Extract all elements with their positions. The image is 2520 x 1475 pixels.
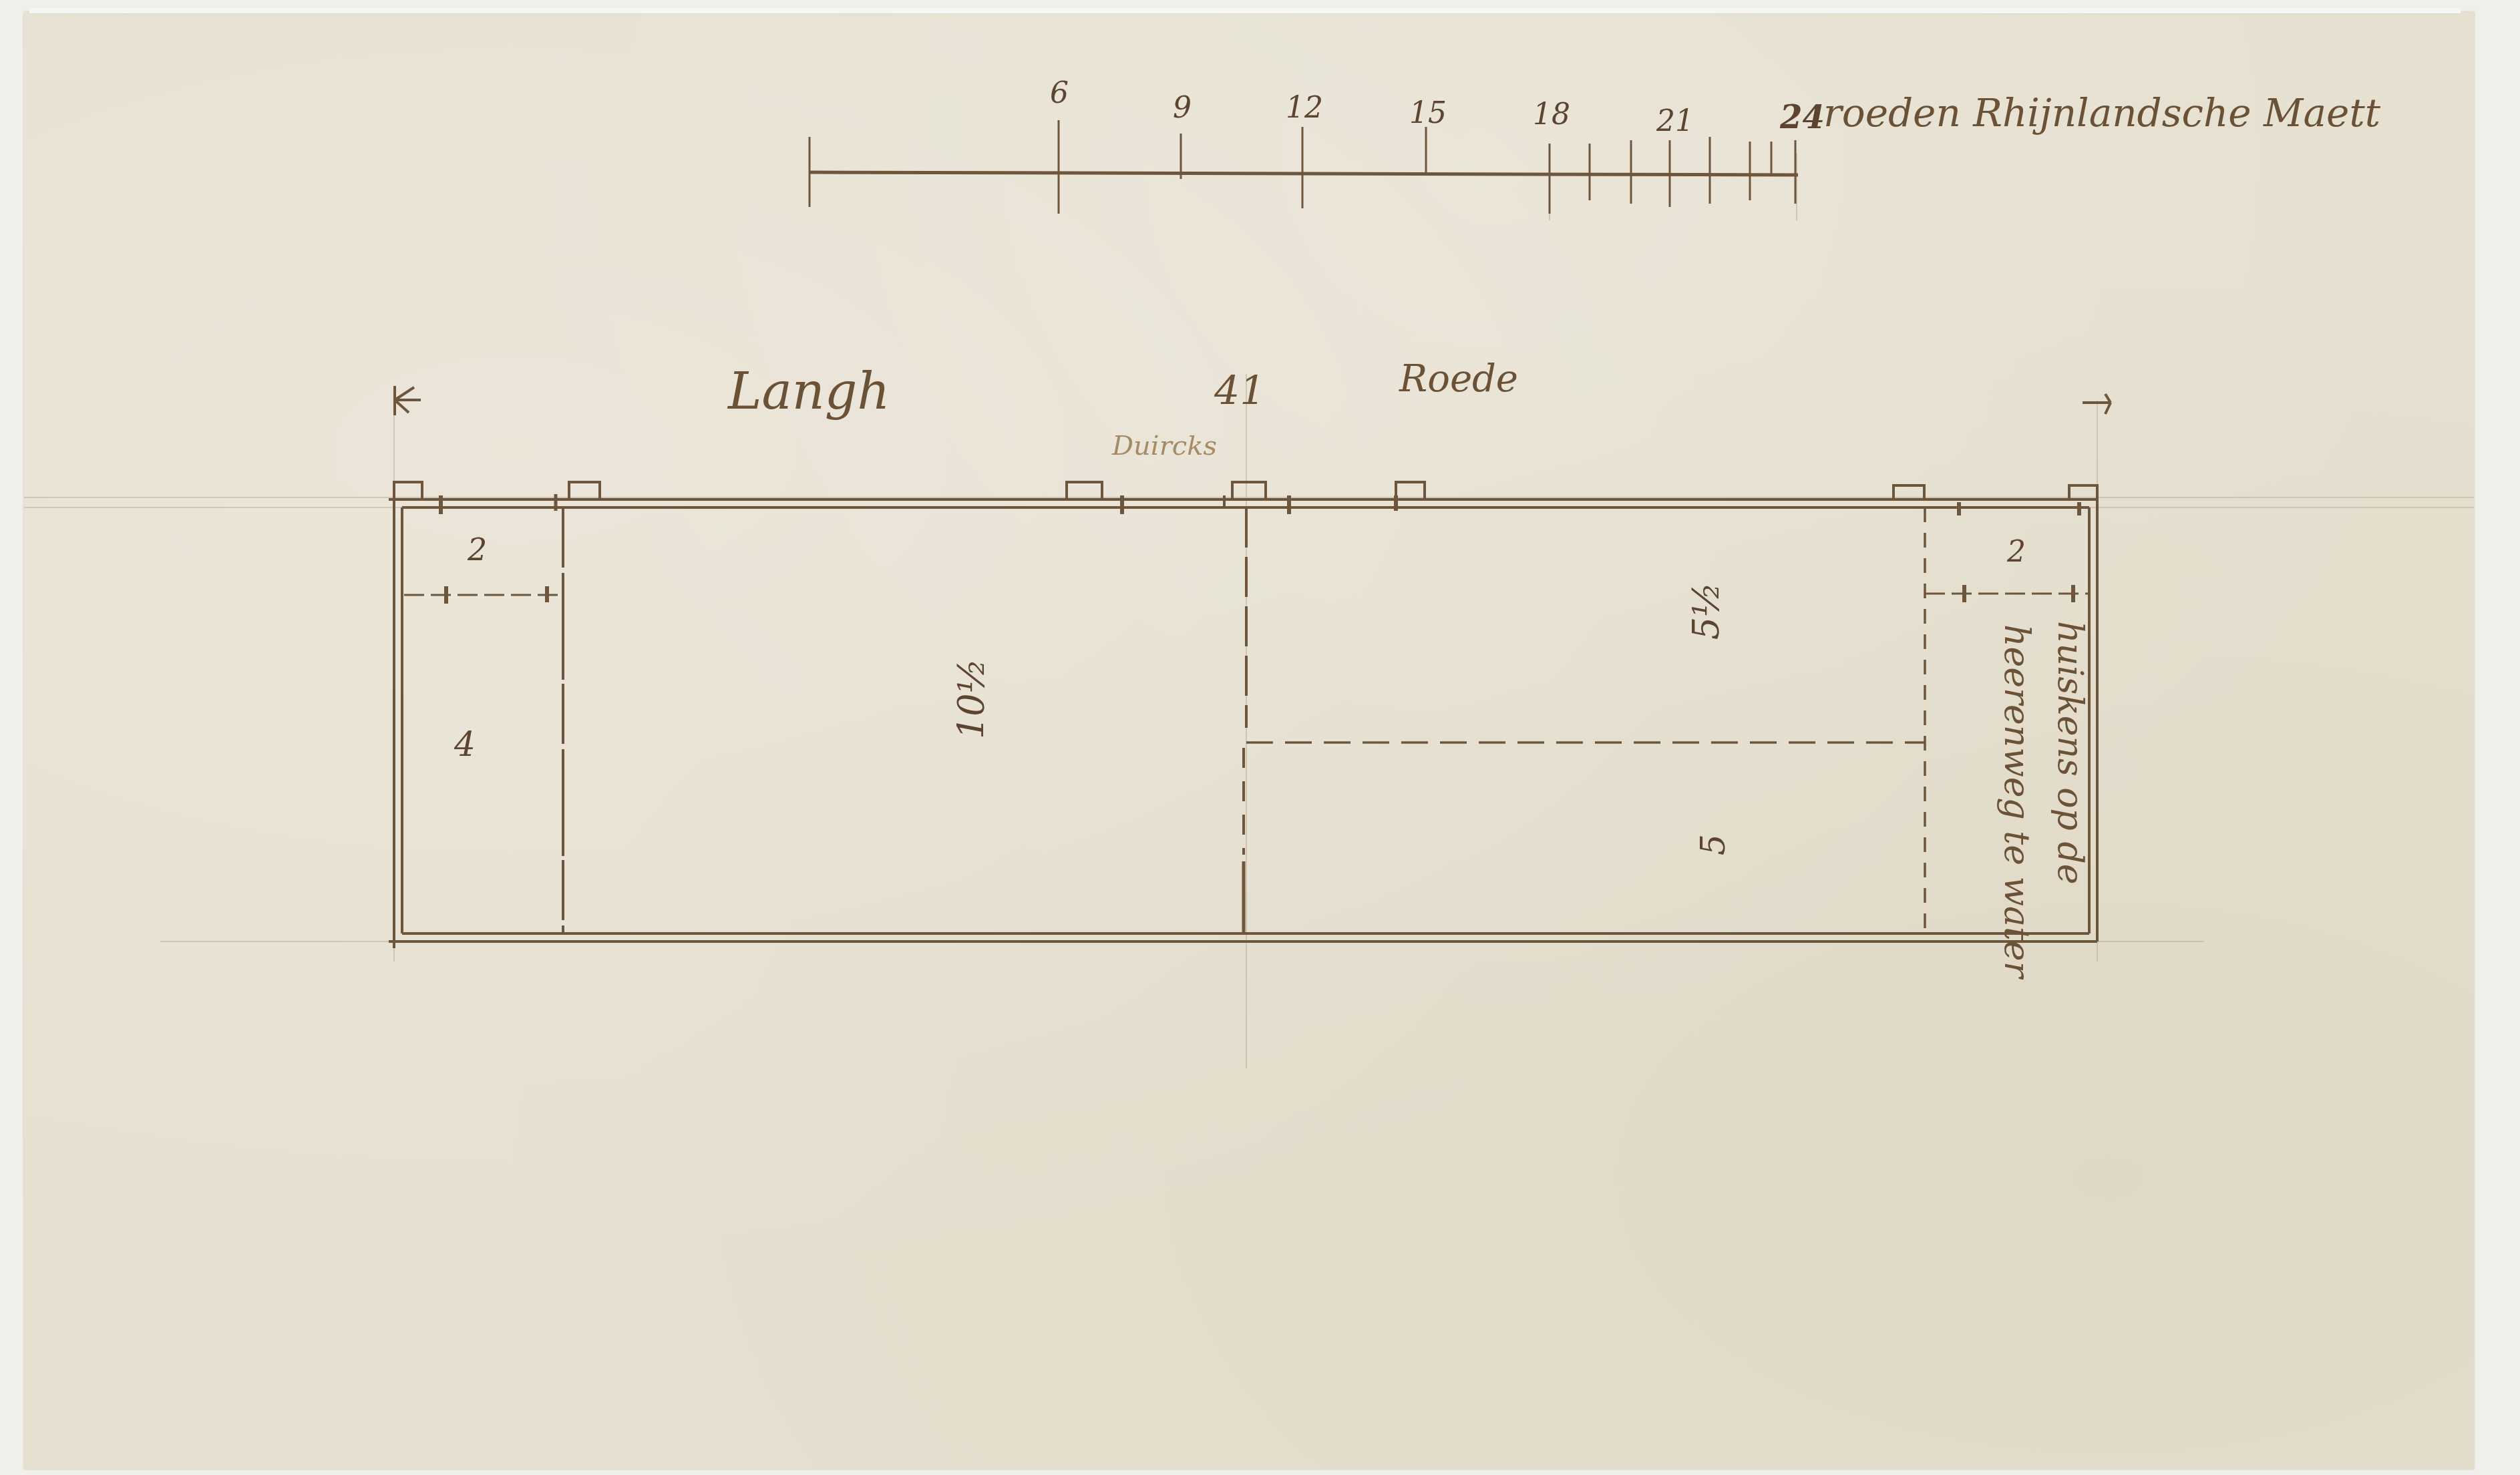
scale-label-15: 15	[1409, 99, 1447, 128]
left-room-width-label: 2	[468, 534, 487, 565]
main-hall-depth-label: 10½	[954, 672, 990, 739]
partitions	[563, 507, 1925, 933]
scale-bar	[809, 120, 1798, 214]
scale-label-24: 24	[1780, 101, 1825, 134]
annotation-duircks: Duircks	[1112, 433, 1217, 459]
right-end-room-width-label: 2	[2007, 538, 2026, 567]
length-value: 41	[1214, 371, 1265, 411]
scale-label-9: 9	[1173, 93, 1192, 123]
scale-label-18: 18	[1533, 100, 1570, 130]
scale-label-21: 21	[1656, 107, 1694, 136]
length-word-langh: Langh	[728, 366, 890, 417]
right-end-marker	[2083, 394, 2111, 414]
annotation-vertical-line1: huiskens op de	[2052, 621, 2087, 884]
plan-drawing	[0, 0, 2520, 1475]
scale-label-12: 12	[1286, 93, 1323, 123]
lower-right-room-depth-label: 5	[1696, 831, 1730, 858]
scale-caption: roeden Rhijnlandsche Maett	[1823, 93, 2380, 132]
upper-right-room-depth-label: 5½	[1688, 581, 1725, 641]
scale-label-6: 6	[1050, 79, 1069, 108]
annotation-vertical-line2: heerenweg te water	[1999, 624, 2034, 978]
length-word-roede: Roede	[1399, 361, 1518, 398]
left-room-depth-label: 4	[454, 728, 476, 761]
left-end-marker	[395, 386, 421, 415]
construction-lines	[24, 154, 2474, 1068]
